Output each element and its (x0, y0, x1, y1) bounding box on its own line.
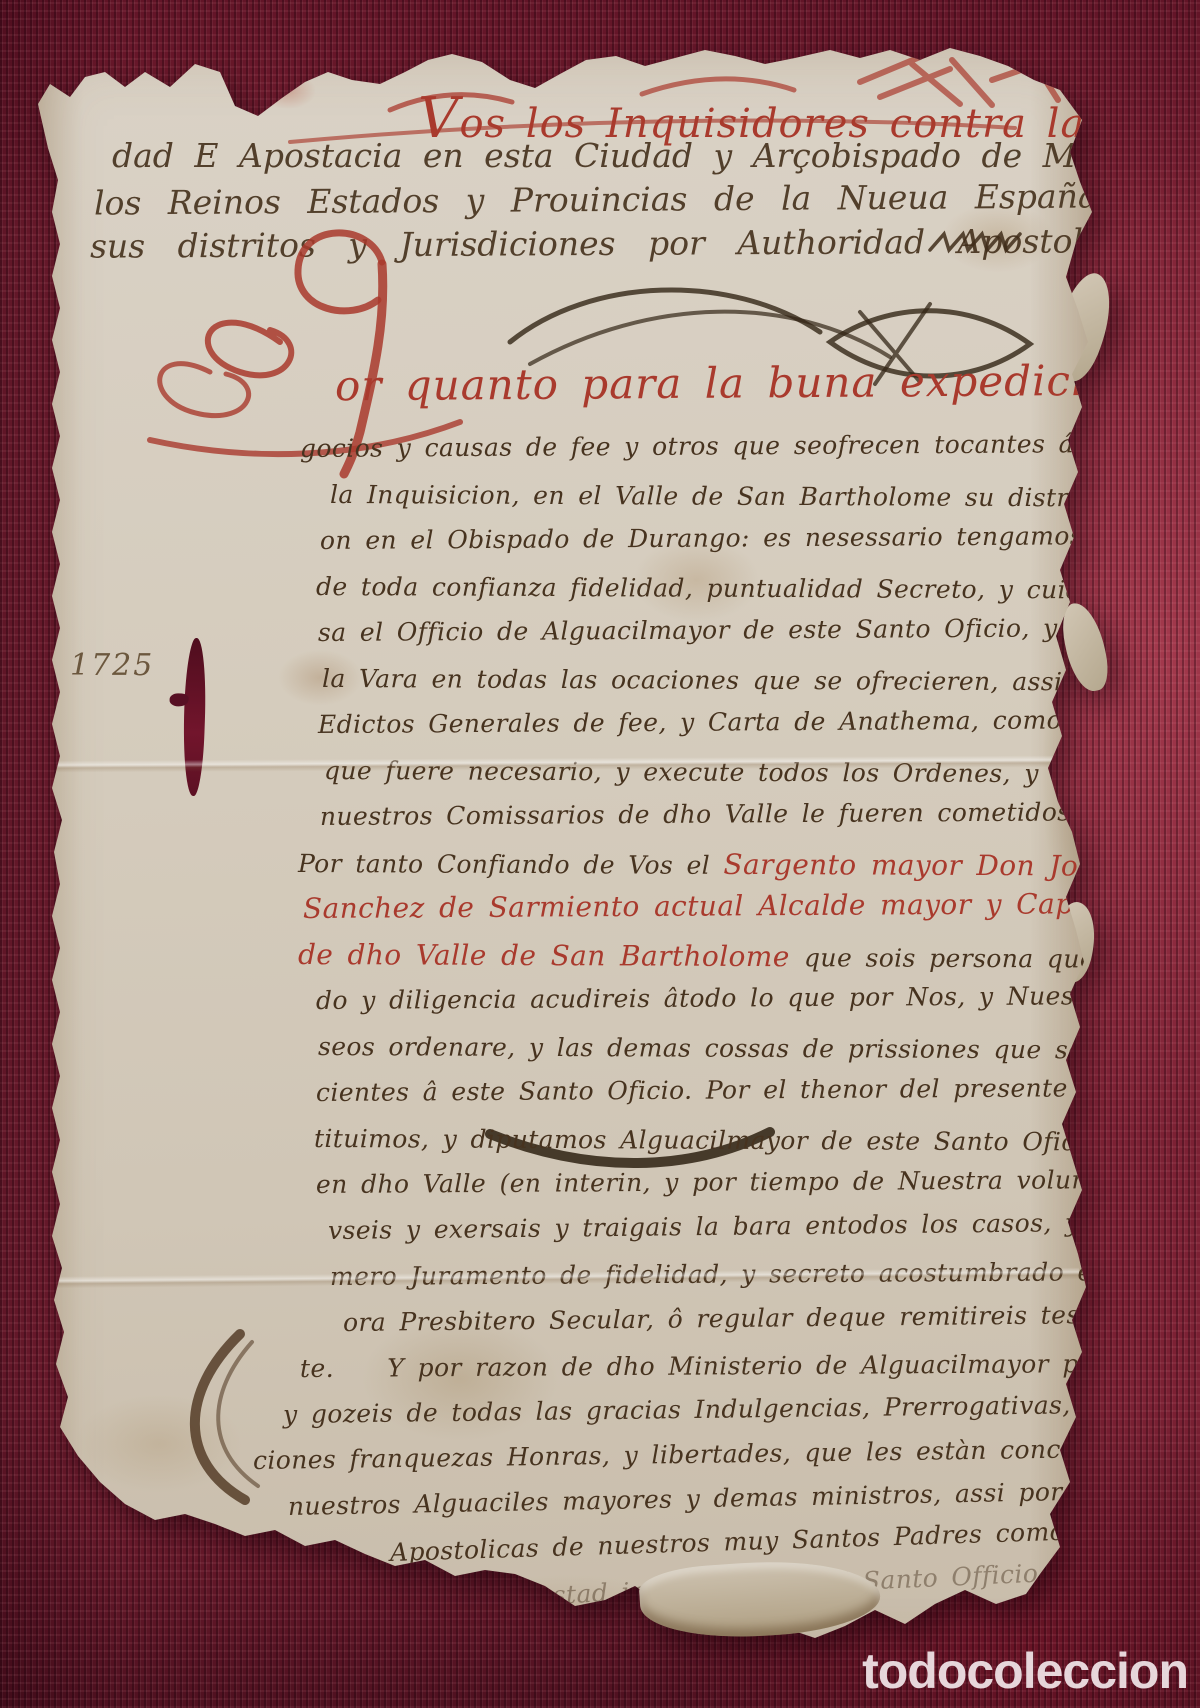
manuscript-line-segment: do y diligencia acudireis âtodo lo que p… (316, 981, 1105, 1015)
manuscript-line-segment: que sois persona que contodo Secre (804, 943, 1105, 974)
manuscript-line-segment: on en el Obispado de Durango: es nesessa… (320, 521, 1105, 555)
manuscript-line: Sanchez de Sarmiento actual Alcalde mayo… (303, 881, 1080, 932)
manuscript-line-segment: seos ordenare, y las demas cossas de pri… (318, 1032, 1105, 1066)
manuscript-line: gocios y causas de fee y otros que seofr… (300, 421, 1080, 472)
manuscript-line-segment: ciones franquezas Honras, y libertades, … (253, 1434, 1105, 1475)
red-initial-flourish (160, 364, 249, 416)
manuscript-line-segment: mero Juramento de fidelidad, y secreto a… (330, 1256, 1105, 1291)
ribbon-flourish (530, 312, 890, 364)
manuscript-line-segment: gocios y causas de fee y otros que seofr… (300, 428, 1105, 463)
manuscript-line: mero Juramento de fidelidad, y secreto a… (330, 1249, 1080, 1300)
manuscript-paper: Vos los Inquisidores contra la heretica … (30, 42, 1105, 1672)
ribbon-flourish (510, 290, 820, 342)
manuscript-line-segment: Sargento mayor Don Joseph G (723, 848, 1105, 883)
manuscript-line: cientes â este Santo Oficio. Por el then… (316, 1065, 1080, 1116)
manuscript-line: do y diligencia acudireis âtodo lo que p… (316, 973, 1080, 1024)
torn-paper-flap (1057, 599, 1113, 695)
manuscript-line-segment: sa el Officio de Alguacilmayor de este S… (318, 613, 1058, 647)
manuscript-line: vseis y exersais y traigais la bara ento… (328, 1200, 1080, 1254)
manuscript-line-segment: te. Y por razon de dho Ministerio de Alg… (300, 1348, 1105, 1383)
manuscript-line: Edictos Generales de fee, y Carta de Ana… (318, 697, 1080, 748)
manuscript-body: gocios y causas de fee y otros que seofr… (30, 426, 1080, 1622)
manuscript-line-segment: la Inquisicion, en el Valle de San Barth… (330, 480, 1105, 513)
manuscript-line-segment: en dho Valle (en interin, y por tiempo d… (316, 1163, 1105, 1199)
manuscript-line-segment: vseis y exersais y traigais la bara ento… (328, 1204, 1105, 1245)
manuscript-line-segment: de toda confianza fidelidad, puntualidad… (316, 572, 1105, 605)
manuscript-line: nuestros Comissarios de dho Valle le fue… (320, 789, 1080, 840)
manuscript-line-segment: Edictos Generales de fee, y Carta de Ana… (318, 704, 1105, 739)
watermark: todocoleccion (862, 1642, 1188, 1700)
manuscript-line-segment: nuestros Comissarios de dho Valle le fue… (320, 796, 1105, 831)
manuscript-line-segment: que fuere necesario, y execute todos los… (324, 756, 1105, 789)
manuscript-line: ora Presbitero Secular, ô regular deque … (343, 1292, 1080, 1346)
manuscript-line-segment: Por tanto Confiando de Vos el (298, 849, 724, 880)
manuscript-line-segment: ora Presbitero Secular, ô regular deque … (343, 1296, 1105, 1337)
red-initial-flourish (208, 323, 291, 376)
intro-line-red: or quanto para la buna expedicion delos (335, 355, 1105, 411)
manuscript-line-segment: Sanchez de Sarmiento actual Alcalde mayo… (303, 887, 1105, 925)
header-line: dad E Apostacia en esta Ciudad y Arçobis… (112, 134, 1105, 178)
header-line: sus distritos y Jurisdiciones por Author… (90, 219, 1105, 268)
manuscript-line-segment: la Vara en todas las ocaciones que se of… (322, 664, 1105, 697)
header-lines: dad E Apostacia en esta Ciudad y Arçobis… (30, 134, 1105, 266)
manuscript-line-segment: cientes â este Santo Oficio. Por el then… (316, 1071, 1105, 1107)
manuscript-line: sa el Officio de Alguacilmayor de este S… (318, 605, 1080, 656)
manuscript-line-segment: tituimos, y diputamos Alguacilmayor de e… (314, 1124, 1105, 1157)
manuscript-line-segment: y gozeis de todas las gracias Indulgenci… (283, 1387, 1105, 1429)
photo-of-document: Vos los Inquisidores contra la heretica … (0, 0, 1200, 1708)
margin-year-note: 1725 (70, 648, 154, 683)
manuscript-line-segment: de dho Valle de San Bartholome (298, 938, 804, 973)
paper-wrap: Vos los Inquisidores contra la heretica … (30, 42, 1105, 1672)
manuscript-line: on en el Obispado de Durango: es nesessa… (320, 513, 1080, 564)
header-line: los Reinos Estados y Prouincias de la Nu… (94, 174, 1105, 225)
